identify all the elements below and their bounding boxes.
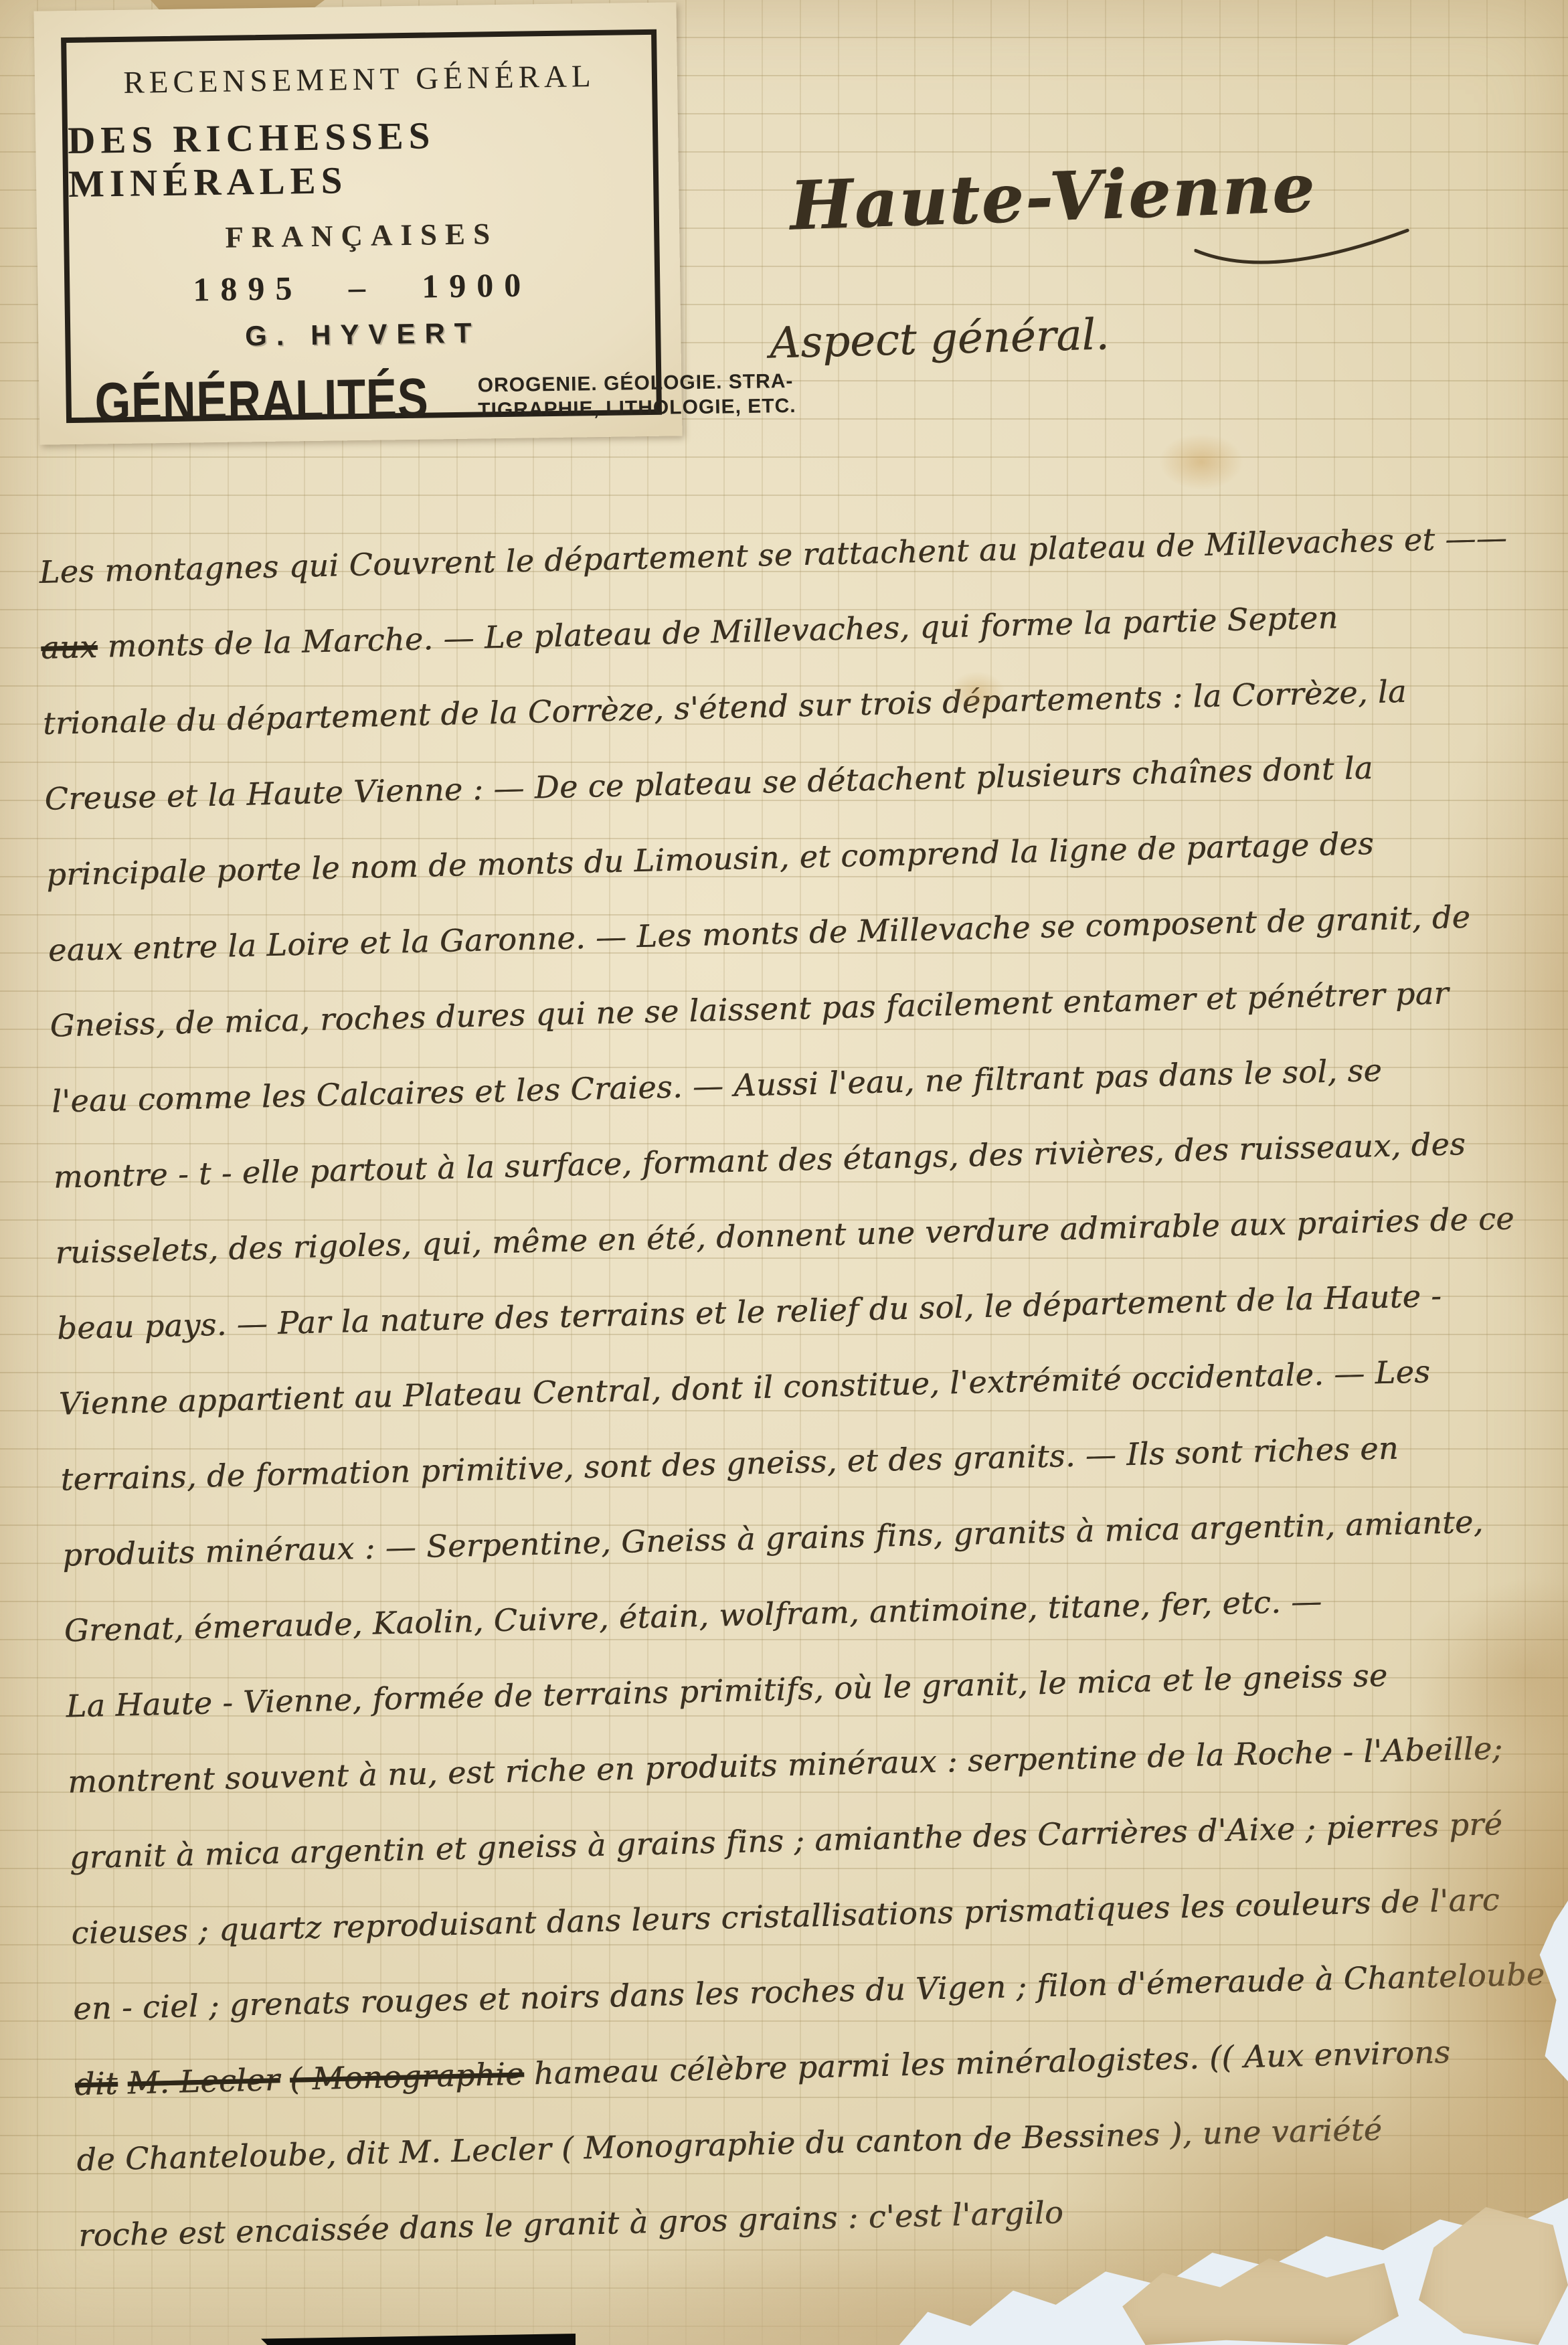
line-segment: M. Lecler xyxy=(127,2061,280,2101)
manuscript-body: Les montagnes qui Couvrent le départemen… xyxy=(39,519,1568,2293)
pasted-label: RECENSEMENT GÉNÉRAL DES RICHESSES MINÉRA… xyxy=(34,2,683,444)
label-section: GÉNÉRALITÉS xyxy=(94,366,429,436)
line-segment xyxy=(117,2065,128,2101)
label-section-detail-line2: TIGRAPHIE, LITHOLOGIE, ETC. xyxy=(478,393,796,422)
label-years: 1895 – 1900 xyxy=(193,265,532,309)
page-subtitle: Aspect général. xyxy=(769,310,1110,368)
label-author: G. HYVERT xyxy=(245,317,481,352)
label-title-line2: DES RICHESSES MINÉRALES xyxy=(68,111,654,206)
label-border: RECENSEMENT GÉNÉRAL DES RICHESSES MINÉRA… xyxy=(61,29,662,423)
line-segment: dit xyxy=(74,2065,118,2102)
line-segment: ( Monographie xyxy=(289,2056,524,2097)
label-title-line1: RECENSEMENT GÉNÉRAL xyxy=(123,58,596,101)
scanned-manuscript: { "label": { "line1": "RECENSEMENT GÉNÉR… xyxy=(0,0,1568,2345)
label-section-detail: OROGENIE. GÉOLOGIE. STRA- TIGRAPHIE, LIT… xyxy=(477,368,796,422)
line-segment xyxy=(279,2061,290,2097)
label-title-line3: FRANÇAISES xyxy=(225,216,498,255)
label-section-row: GÉNÉRALITÉS OROGENIE. GÉOLOGIE. STRA- TI… xyxy=(94,363,633,435)
line-segment: aux xyxy=(41,628,98,666)
